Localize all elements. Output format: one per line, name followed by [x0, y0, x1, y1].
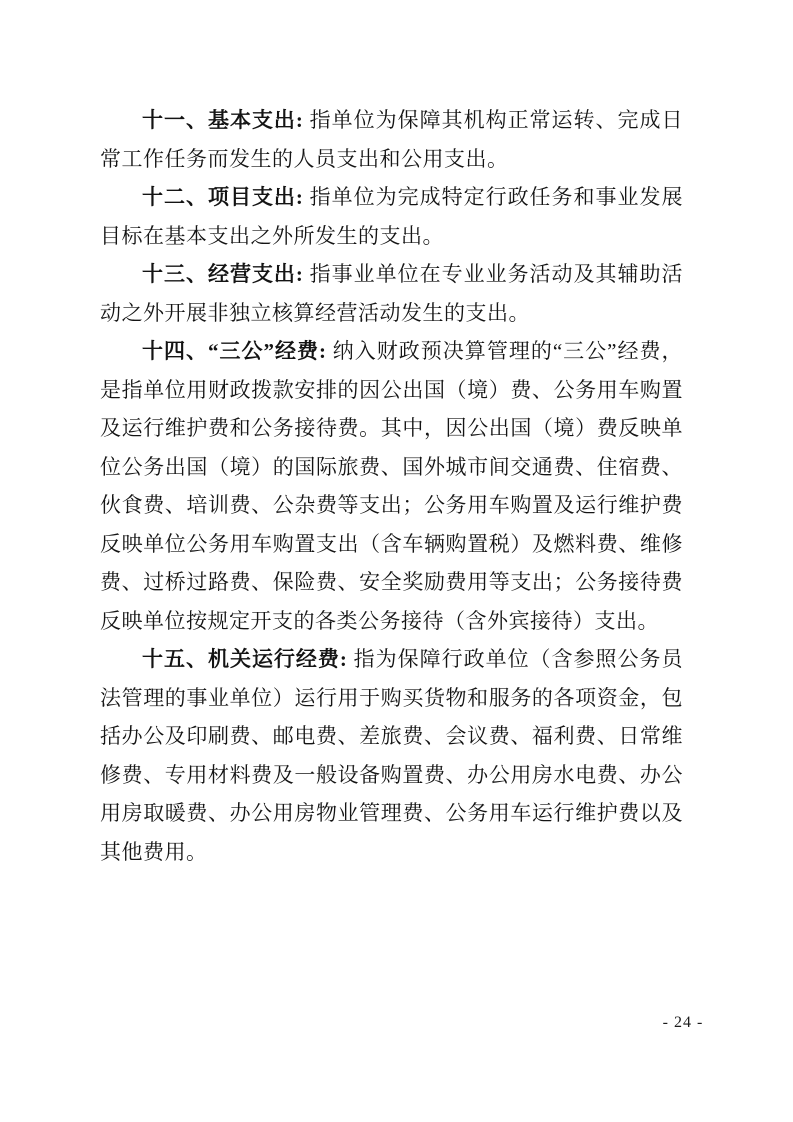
term-label: 十四、“三公”经费:	[142, 339, 327, 363]
paragraph-project-expenditure: 十二、项目支出: 指单位为完成特定行政任务和事业发展目标在基本支出之外所发生的支…	[100, 178, 683, 255]
document-page: 十一、基本支出: 指单位为保障其机构正常运转、完成日常工作任务而发生的人员支出和…	[0, 0, 793, 1122]
paragraph-basic-expenditure: 十一、基本支出: 指单位为保障其机构正常运转、完成日常工作任务而发生的人员支出和…	[100, 101, 683, 178]
term-definition: 纳入财政预决算管理的“三公”经费，是指单位用财政拨款安排的因公出国（境）费、公务…	[100, 339, 683, 633]
term-definition: 指为保障行政单位（含参照公务员法管理的事业单位）运行用于购买货物和服务的各项资金…	[100, 647, 683, 864]
paragraph-agency-operating-funds: 十五、机关运行经费: 指为保障行政单位（含参照公务员法管理的事业单位）运行用于购…	[100, 640, 683, 871]
document-body: 十一、基本支出: 指单位为保障其机构正常运转、完成日常工作任务而发生的人员支出和…	[100, 101, 683, 871]
page-number: - 24 -	[638, 1014, 728, 1032]
paragraph-three-public-funds: 十四、“三公”经费: 纳入财政预决算管理的“三公”经费，是指单位用财政拨款安排的…	[100, 332, 683, 640]
term-label: 十五、机关运行经费:	[142, 647, 347, 671]
term-label: 十一、基本支出:	[142, 108, 303, 132]
term-label: 十二、项目支出:	[142, 185, 303, 209]
paragraph-operating-expenditure: 十三、经营支出: 指事业单位在专业业务活动及其辅助活动之外开展非独立核算经营活动…	[100, 255, 683, 332]
term-label: 十三、经营支出:	[142, 262, 303, 286]
